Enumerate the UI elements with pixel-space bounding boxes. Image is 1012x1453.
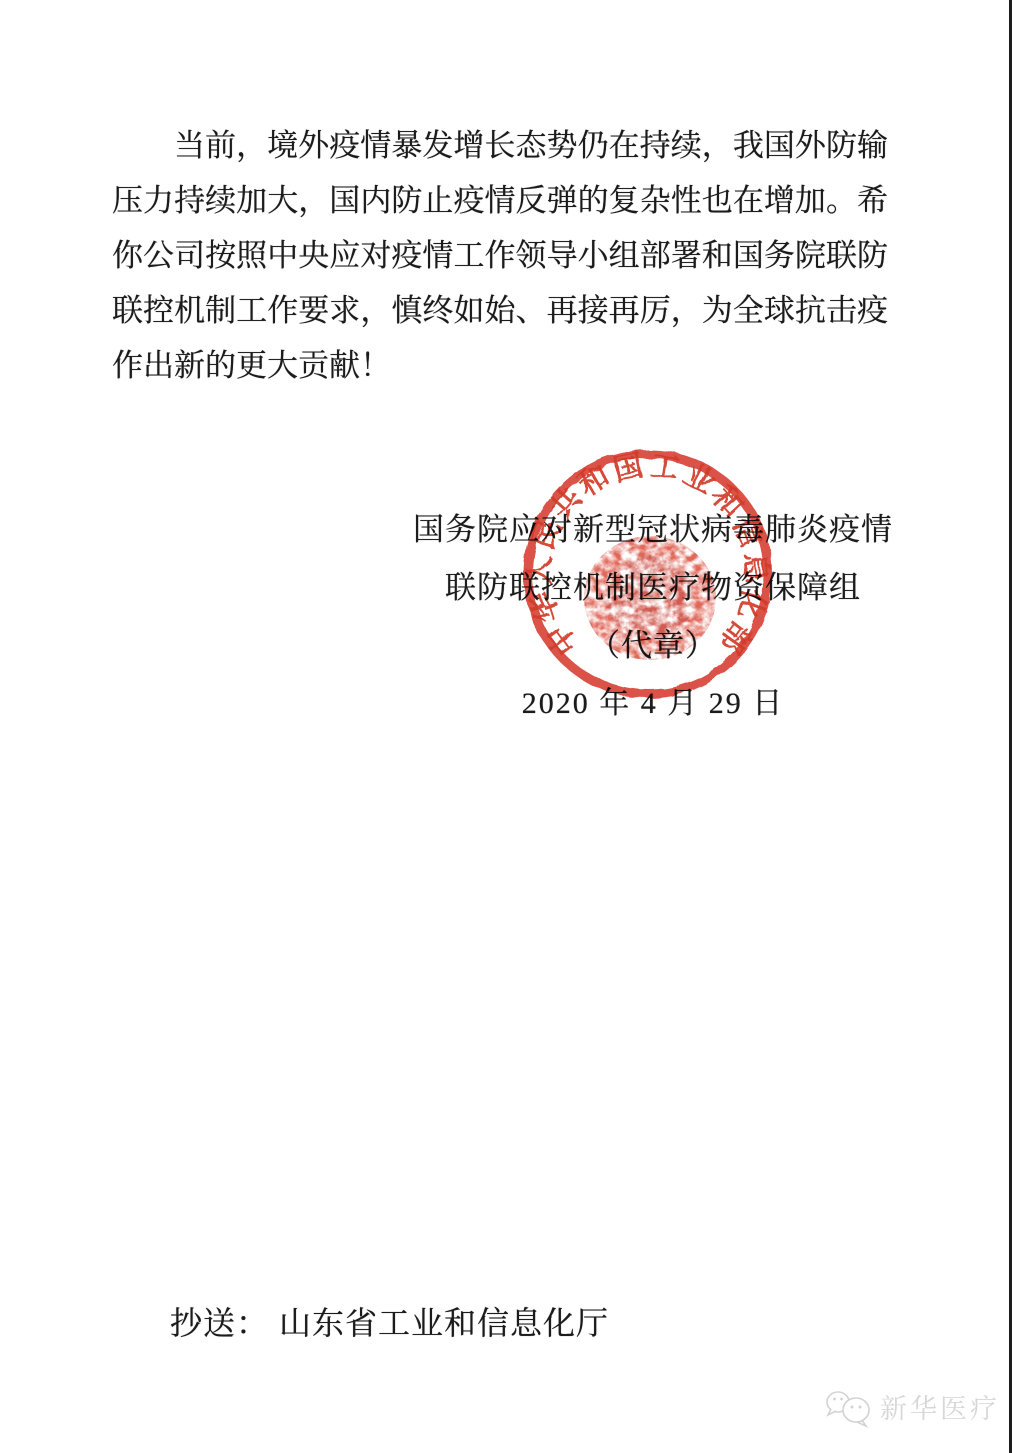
cc-label: 抄送： (170, 1305, 269, 1341)
watermark: 新华医疗 (824, 1384, 1000, 1428)
watermark-text: 新华医疗 (880, 1387, 1000, 1426)
letter-page: 当前，境外疫情暴发增长态势仍在持续，我国外防输入 压力持续加大，国内防止疫情反弹… (0, 0, 1012, 1453)
body-line: 联控机制工作要求，慎终如始、再接再厉，为全球抗击疫情 (112, 283, 888, 338)
official-seal: 中华人民共和国工业和信息化部 (512, 438, 784, 714)
cc-value: 山东省工业和信息化厅 (279, 1305, 609, 1341)
body-line: 当前，境外疫情暴发增长态势仍在持续，我国外防输入 (112, 118, 888, 173)
cc-line: 抄送：山东省工业和信息化厅 (170, 1303, 609, 1343)
national-emblem (584, 536, 716, 660)
body-paragraph: 当前，境外疫情暴发增长态势仍在持续，我国外防输入 压力持续加大，国内防止疫情反弹… (112, 118, 888, 393)
wechat-icon (824, 1384, 874, 1428)
body-line: 你公司按照中央应对疫情工作领导小组部署和国务院联防 (112, 228, 888, 283)
body-line: 压力持续加大，国内防止疫情反弹的复杂性也在增加。希望 (112, 173, 888, 228)
body-line: 作出新的更大贡献！ (112, 338, 888, 393)
